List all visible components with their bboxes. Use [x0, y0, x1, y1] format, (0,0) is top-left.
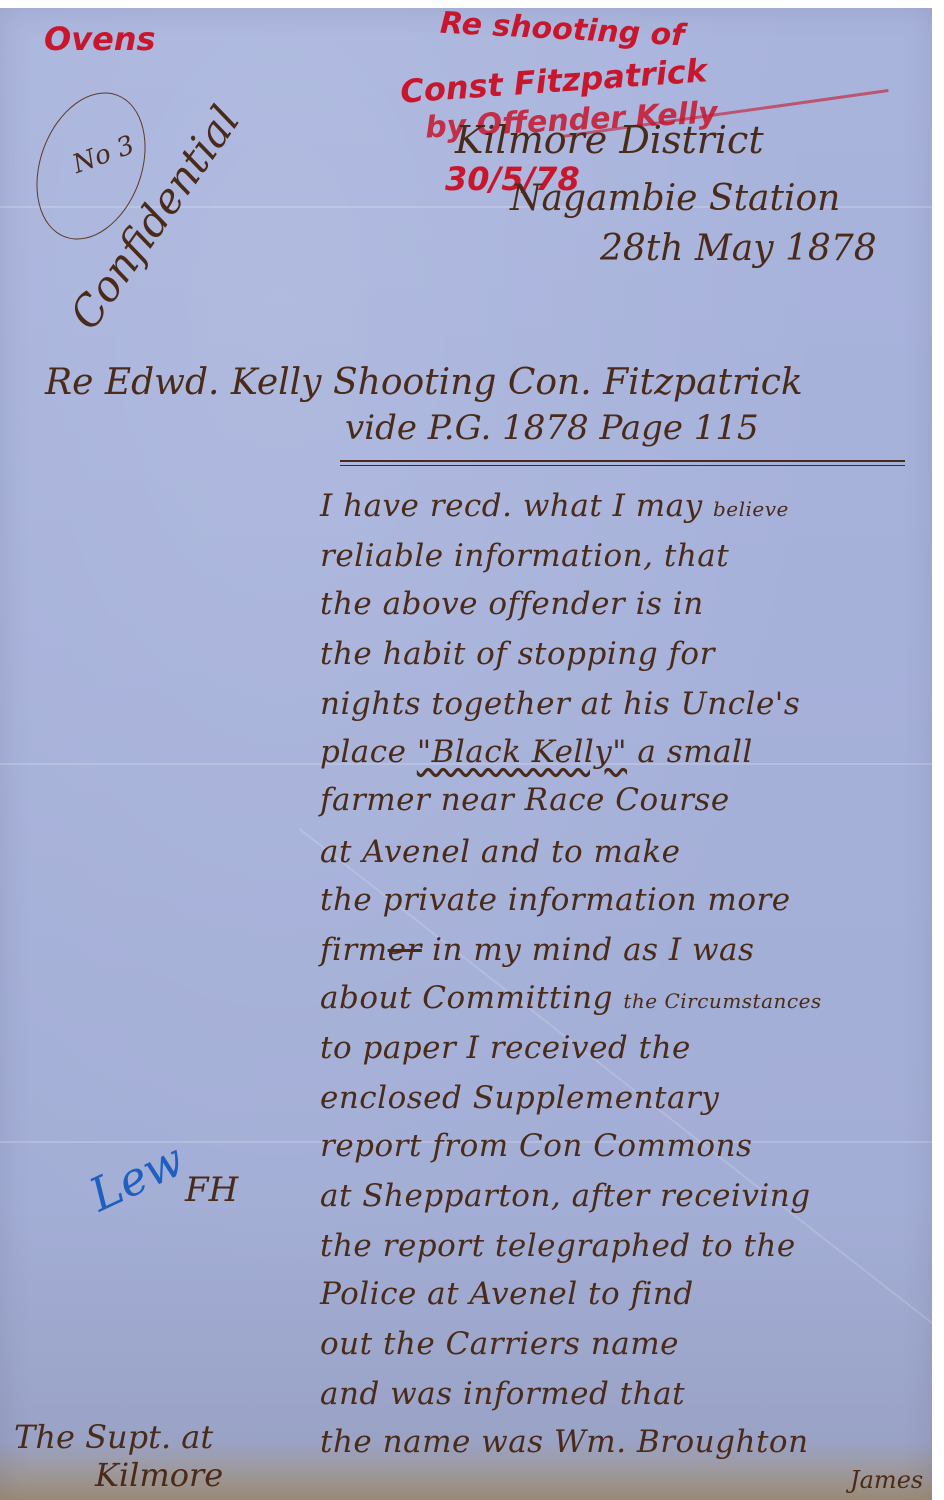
subject-rule	[340, 460, 905, 462]
emphasis-black-kelly: "Black Kelly"	[417, 734, 627, 770]
body-line: about Committing the Circumstances	[320, 980, 822, 1016]
body-line: nights together at his Uncle's	[320, 686, 800, 722]
body-line: enclosed Supplementary	[320, 1080, 719, 1116]
body-line: the private information more	[320, 882, 791, 918]
body-line: the above offender is in	[320, 586, 704, 622]
struck-text: er	[388, 932, 422, 968]
catchword: James	[850, 1466, 923, 1494]
letter-date: 28th May 1878	[600, 228, 877, 269]
body-line: farmer near Race Course	[320, 782, 730, 818]
body-line: the habit of stopping for	[320, 636, 715, 672]
body-line: Police at Avenel to find	[320, 1276, 694, 1312]
body-line: report from Con Commons	[320, 1128, 752, 1164]
subject-line2: vide P.G. 1878 Page 115	[345, 408, 759, 448]
annotation-ink-initials: FH	[185, 1170, 238, 1210]
addressee-line2: Kilmore	[95, 1456, 223, 1494]
body-line: place "Black Kelly" a small	[320, 734, 753, 770]
body-line: at Shepparton, after receiving	[320, 1178, 811, 1214]
station: Nagambie Station	[510, 178, 840, 219]
annotation-ovens: Ovens	[44, 20, 156, 58]
body-line: to paper I received the	[320, 1030, 691, 1066]
subject-rule	[340, 465, 905, 466]
body-line: and was informed that	[320, 1376, 685, 1412]
subject-line1: Re Edwd. Kelly Shooting Con. Fitzpatrick	[45, 362, 803, 403]
body-line: I have recd. what I may believe	[320, 488, 789, 524]
body-line: the report telegraphed to the	[320, 1228, 796, 1264]
body-line: at Avenel and to make	[320, 834, 681, 870]
body-line: out the Carriers name	[320, 1326, 679, 1362]
addressee-line1: The Supt. at	[14, 1418, 213, 1456]
body-line: firmer in my mind as I was	[320, 932, 754, 968]
body-line: the name was Wm. Broughton	[320, 1424, 809, 1460]
body-line: reliable information, that	[320, 538, 729, 574]
district: Kilmore District	[455, 118, 764, 162]
